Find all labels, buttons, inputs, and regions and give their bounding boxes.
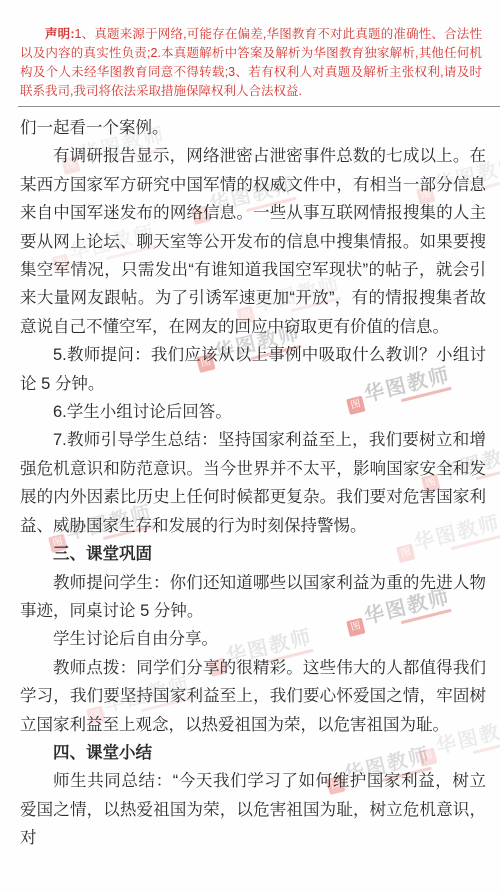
paragraph: 们一起看一个案例。 [20,114,486,142]
disclaimer-label: 声明: [45,27,75,41]
disclaimer-text: 1、真题来源于网络,可能存在偏差,华图教育不对此真题的准确性、合法性以及内容的真… [20,27,482,98]
paragraph: 学生讨论后自由分享。 [20,625,486,653]
paragraph: 6.学生小组讨论后回答。 [20,398,486,426]
paragraph: 有调研报告显示，网络泄密占泄密事件总数的七成以上。在某西方国家军方研究中国军情的… [20,142,486,341]
document-page: 图华图教师图华图教师图华图教师图华图教师图华图教师图华图教师图华图教师图华图教师… [0,0,500,892]
section-heading: 三、课堂巩固 [20,540,486,568]
paragraph: 7.教师引导学生总结：坚持国家利益至上，我们要树立和增强危机意识和防范意识。当今… [20,426,486,540]
document-body: 们一起看一个案例。有调研报告显示，网络泄密占泄密事件总数的七成以上。在某西方国家… [0,107,500,853]
disclaimer: 声明:1、真题来源于网络,可能存在偏差,华图教育不对此真题的准确性、合法性以及内… [0,0,500,101]
paragraph: 师生共同总结：“今天我们学习了如何维护国家利益，树立爱国之情，以热爱祖国为荣，以… [20,767,486,852]
paragraph: 5.教师提问：我们应该从以上事例中吸取什么教训？小组讨论 5 分钟。 [20,341,486,398]
paragraph: 教师点拨：同学们分享的很精彩。这些伟大的人都值得我们学习，我们要坚持国家利益至上… [20,654,486,739]
section-heading: 四、课堂小结 [20,739,486,767]
paragraph: 教师提问学生：你们还知道哪些以国家利益为重的先进人物事迹，同桌讨论 5 分钟。 [20,569,486,626]
